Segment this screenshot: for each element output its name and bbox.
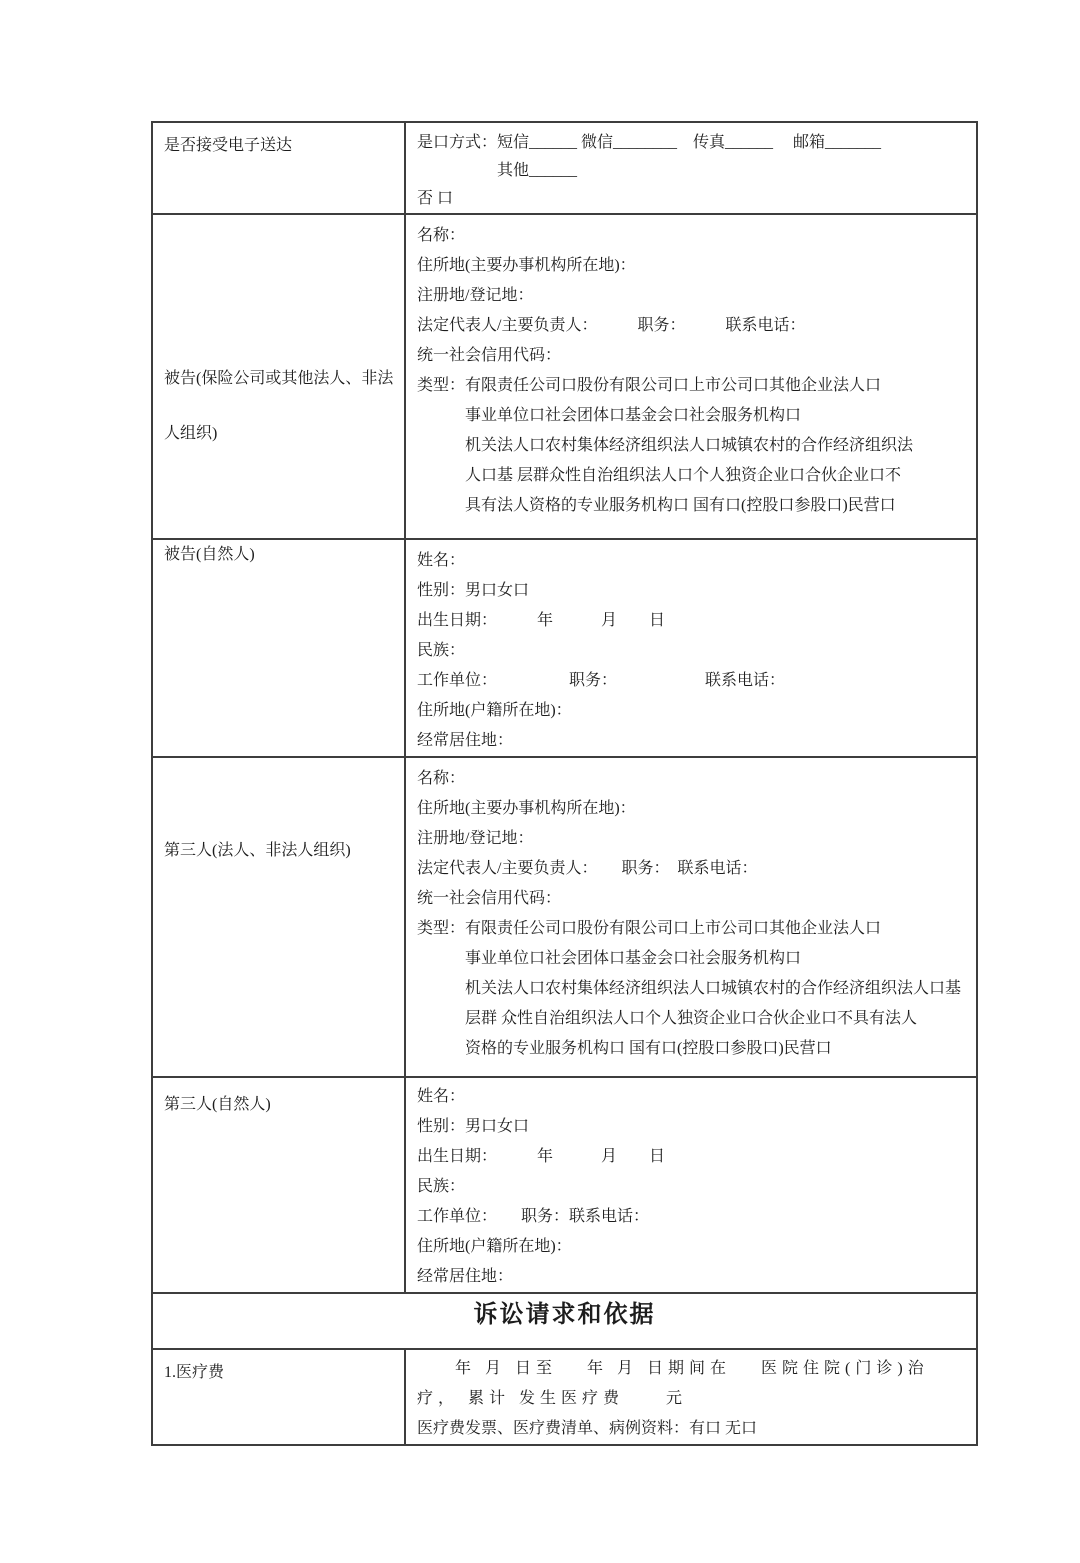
row-section-header: 诉讼请求和依据 [152, 1293, 977, 1349]
field-residence: 住所地(户籍所在地)： [417, 696, 966, 726]
field-habitual-residence: 经常居住地： [417, 726, 966, 756]
third-party-person-label: 第三人(自然人) [153, 1078, 404, 1120]
field-birthdate: 出生日期： 年 月 日 [417, 606, 966, 636]
claim-form-table: 是否接受电子送达 是口方式：短信______ 微信________ 传真____… [151, 121, 978, 1446]
field-type-line1: 类型：有限责任公司口股份有限公司口上市公司口其他企业法人口 [417, 371, 966, 401]
field-ethnicity: 民族： [417, 1172, 966, 1202]
field-gender: 性别：男口女口 [417, 1112, 966, 1142]
third-party-person-content-cell: 姓名： 性别：男口女口 出生日期： 年 月 日 民族： 工作单位： 职务：联系电… [405, 1077, 977, 1293]
field-birthdate: 出生日期： 年 月 日 [417, 1142, 966, 1172]
claim-form-page: 是否接受电子送达 是口方式：短信______ 微信________ 传真____… [0, 0, 1080, 1563]
third-party-org-label: 第三人(法人、非法人组织) [153, 758, 404, 866]
section-header-cell: 诉讼请求和依据 [152, 1293, 977, 1349]
field-employer: 工作单位： 职务： 联系电话： [417, 666, 966, 696]
defendant-company-label: 被告(保险公司或其他法人、非法人组织) [153, 215, 404, 461]
field-ethnicity: 民族： [417, 636, 966, 666]
medical-fee-label: 1.医疗费 [153, 1350, 404, 1388]
field-registration: 注册地/登记地： [417, 824, 966, 854]
electronic-service-no: 否 口 [417, 185, 966, 213]
defendant-person-label-cell: 被告(自然人) [152, 539, 405, 757]
electronic-service-label: 是否接受电子送达 [153, 123, 404, 161]
field-employer: 工作单位： 职务：联系电话： [417, 1202, 966, 1232]
field-registration: 注册地/登记地： [417, 281, 966, 311]
field-legal-rep: 法定代表人/主要负责人： 职务： 联系电话： [417, 854, 966, 884]
medical-fee-period-line2: 疗， 累计 发生医疗费 元 [417, 1384, 966, 1414]
field-type-line4: 人口基 层群众性自治组织法人口个人独资企业口合伙企业口不 [417, 461, 966, 491]
defendant-person-label: 被告(自然人) [153, 540, 404, 570]
row-defendant-company: 被告(保险公司或其他法人、非法人组织) 名称： 住所地(主要办事机构所在地)： … [152, 214, 977, 539]
field-residence: 住所地(户籍所在地)： [417, 1232, 966, 1262]
field-type-line3: 机关法人口农村集体经济组织法人口城镇农村的合作经济组织法人口基 [417, 974, 966, 1004]
electronic-service-content-cell: 是口方式：短信______ 微信________ 传真______ 邮箱____… [405, 122, 977, 214]
third-party-org-label-cell: 第三人(法人、非法人组织) [152, 757, 405, 1077]
defendant-person-content-cell: 姓名： 性别：男口女口 出生日期： 年 月 日 民族： 工作单位： 职务： 联系… [405, 539, 977, 757]
field-type-line5: 具有法人资格的专业服务机构口 国有口(控股口参股口)民营口 [417, 491, 966, 521]
section-header-title: 诉讼请求和依据 [474, 1302, 656, 1328]
electronic-service-yes-methods: 是口方式：短信______ 微信________ 传真______ 邮箱____… [417, 129, 966, 157]
medical-fee-period-line1: 年 月 日至 年 月 日期间在 医院住院(门诊)治 [417, 1354, 966, 1384]
defendant-company-content-cell: 名称： 住所地(主要办事机构所在地)： 注册地/登记地： 法定代表人/主要负责人… [405, 214, 977, 539]
row-medical-fee: 1.医疗费 年 月 日至 年 月 日期间在 医院住院(门诊)治 疗， 累计 发生… [152, 1349, 977, 1445]
field-legal-rep: 法定代表人/主要负责人： 职务： 联系电话： [417, 311, 966, 341]
field-type-line4: 层群 众性自治组织法人口个人独资企业口合伙企业口不具有法人 [417, 1004, 966, 1034]
field-fullname: 姓名： [417, 1082, 966, 1112]
medical-fee-label-cell: 1.医疗费 [152, 1349, 405, 1445]
field-domicile: 住所地(主要办事机构所在地)： [417, 794, 966, 824]
field-habitual-residence: 经常居住地： [417, 1262, 966, 1292]
field-name: 名称： [417, 221, 966, 251]
field-type-line1: 类型：有限责任公司口股份有限公司口上市公司口其他企业法人口 [417, 914, 966, 944]
third-party-person-label-cell: 第三人(自然人) [152, 1077, 405, 1293]
field-type-line5: 资格的专业服务机构口 国有口(控股口参股口)民营口 [417, 1034, 966, 1064]
row-third-party-org: 第三人(法人、非法人组织) 名称： 住所地(主要办事机构所在地)： 注册地/登记… [152, 757, 977, 1077]
field-name: 名称： [417, 764, 966, 794]
field-domicile: 住所地(主要办事机构所在地)： [417, 251, 966, 281]
electronic-service-label-cell: 是否接受电子送达 [152, 122, 405, 214]
field-gender: 性别：男口女口 [417, 576, 966, 606]
field-credit-code: 统一社会信用代码： [417, 884, 966, 914]
electronic-service-other: 其他______ [417, 157, 966, 185]
field-type-line3: 机关法人口农村集体经济组织法人口城镇农村的合作经济组织法 [417, 431, 966, 461]
defendant-company-label-cell: 被告(保险公司或其他法人、非法人组织) [152, 214, 405, 539]
third-party-org-content-cell: 名称： 住所地(主要办事机构所在地)： 注册地/登记地： 法定代表人/主要负责人… [405, 757, 977, 1077]
row-defendant-person: 被告(自然人) 姓名： 性别：男口女口 出生日期： 年 月 日 民族： 工作单位… [152, 539, 977, 757]
field-type-line2: 事业单位口社会团体口基金会口社会服务机构口 [417, 401, 966, 431]
row-electronic-service: 是否接受电子送达 是口方式：短信______ 微信________ 传真____… [152, 122, 977, 214]
row-third-party-person: 第三人(自然人) 姓名： 性别：男口女口 出生日期： 年 月 日 民族： 工作单… [152, 1077, 977, 1293]
field-credit-code: 统一社会信用代码： [417, 341, 966, 371]
field-type-line2: 事业单位口社会团体口基金会口社会服务机构口 [417, 944, 966, 974]
medical-fee-evidence: 医疗费发票、医疗费清单、病例资料：有口 无口 [417, 1414, 966, 1444]
field-fullname: 姓名： [417, 546, 966, 576]
medical-fee-content-cell: 年 月 日至 年 月 日期间在 医院住院(门诊)治 疗， 累计 发生医疗费 元 … [405, 1349, 977, 1445]
